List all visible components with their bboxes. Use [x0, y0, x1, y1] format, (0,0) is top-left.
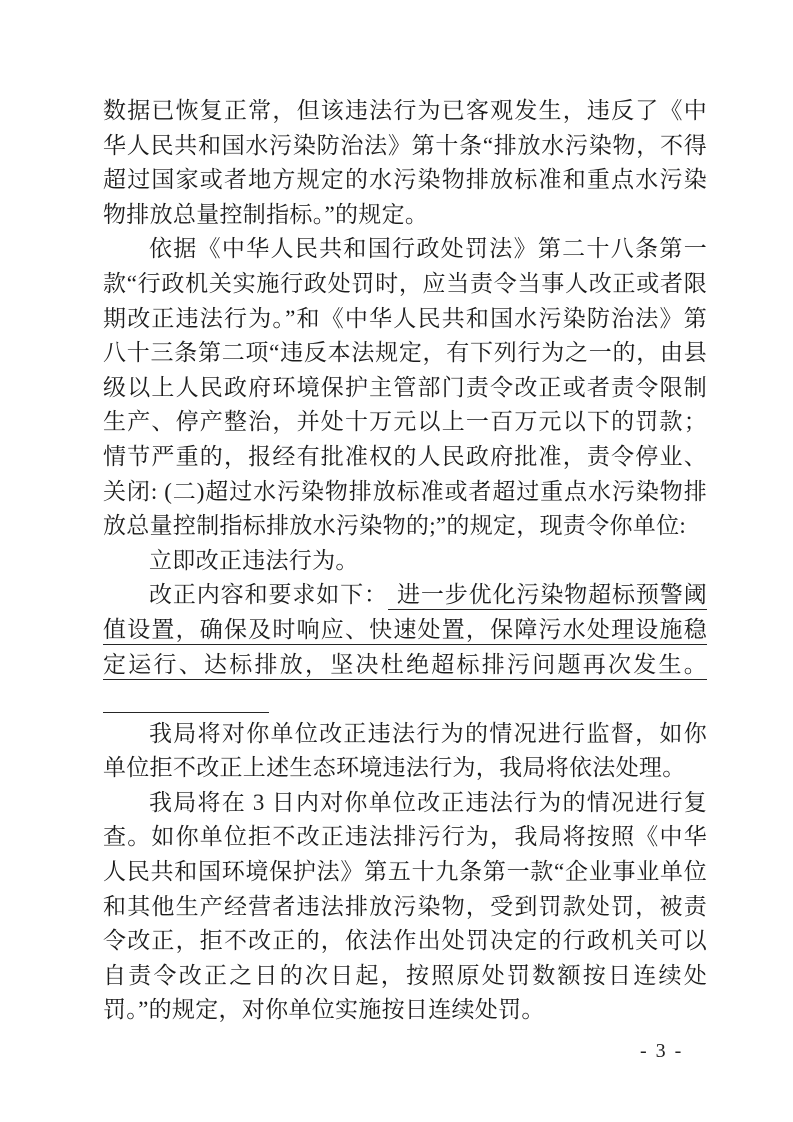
correction-requirements-label: 改正内容和要求如下： — [149, 582, 388, 607]
paragraph-order-immediate-correction: 立即改正违法行为。 — [103, 544, 707, 579]
document-page: 数据已恢复正常，但该违法行为已客观发生，违反了《中华人民共和国水污染防治法》第十… — [0, 0, 793, 1122]
document-body-text: 数据已恢复正常，但该违法行为已客观发生，违反了《中华人民共和国水污染防治法》第十… — [103, 94, 707, 1028]
paragraph-supervision-notice: 我局将对你单位改正违法行为的情况进行监督，如你单位拒不改正上述生态环境违法行为，… — [103, 717, 707, 786]
paragraph-correction-requirements: 改正内容和要求如下：进一步优化污染物超标预警阈值设置，确保及时响应、快速处置，保… — [103, 578, 707, 716]
underline-fill — [103, 689, 269, 713]
paragraph-legal-basis: 依据《中华人民共和国行政处罚法》第二十八条第一款“行政机关实施行政处罚时，应当责… — [103, 232, 707, 543]
page-number: - 3 - — [640, 1040, 683, 1063]
paragraph-reinspection-notice: 我局将在 3 日内对你单位改正违法行为的情况进行复查。如你单位拒不改正违法排污行… — [103, 786, 707, 1028]
paragraph-violation-statement: 数据已恢复正常，但该违法行为已客观发生，违反了《中华人民共和国水污染防治法》第十… — [103, 94, 707, 232]
